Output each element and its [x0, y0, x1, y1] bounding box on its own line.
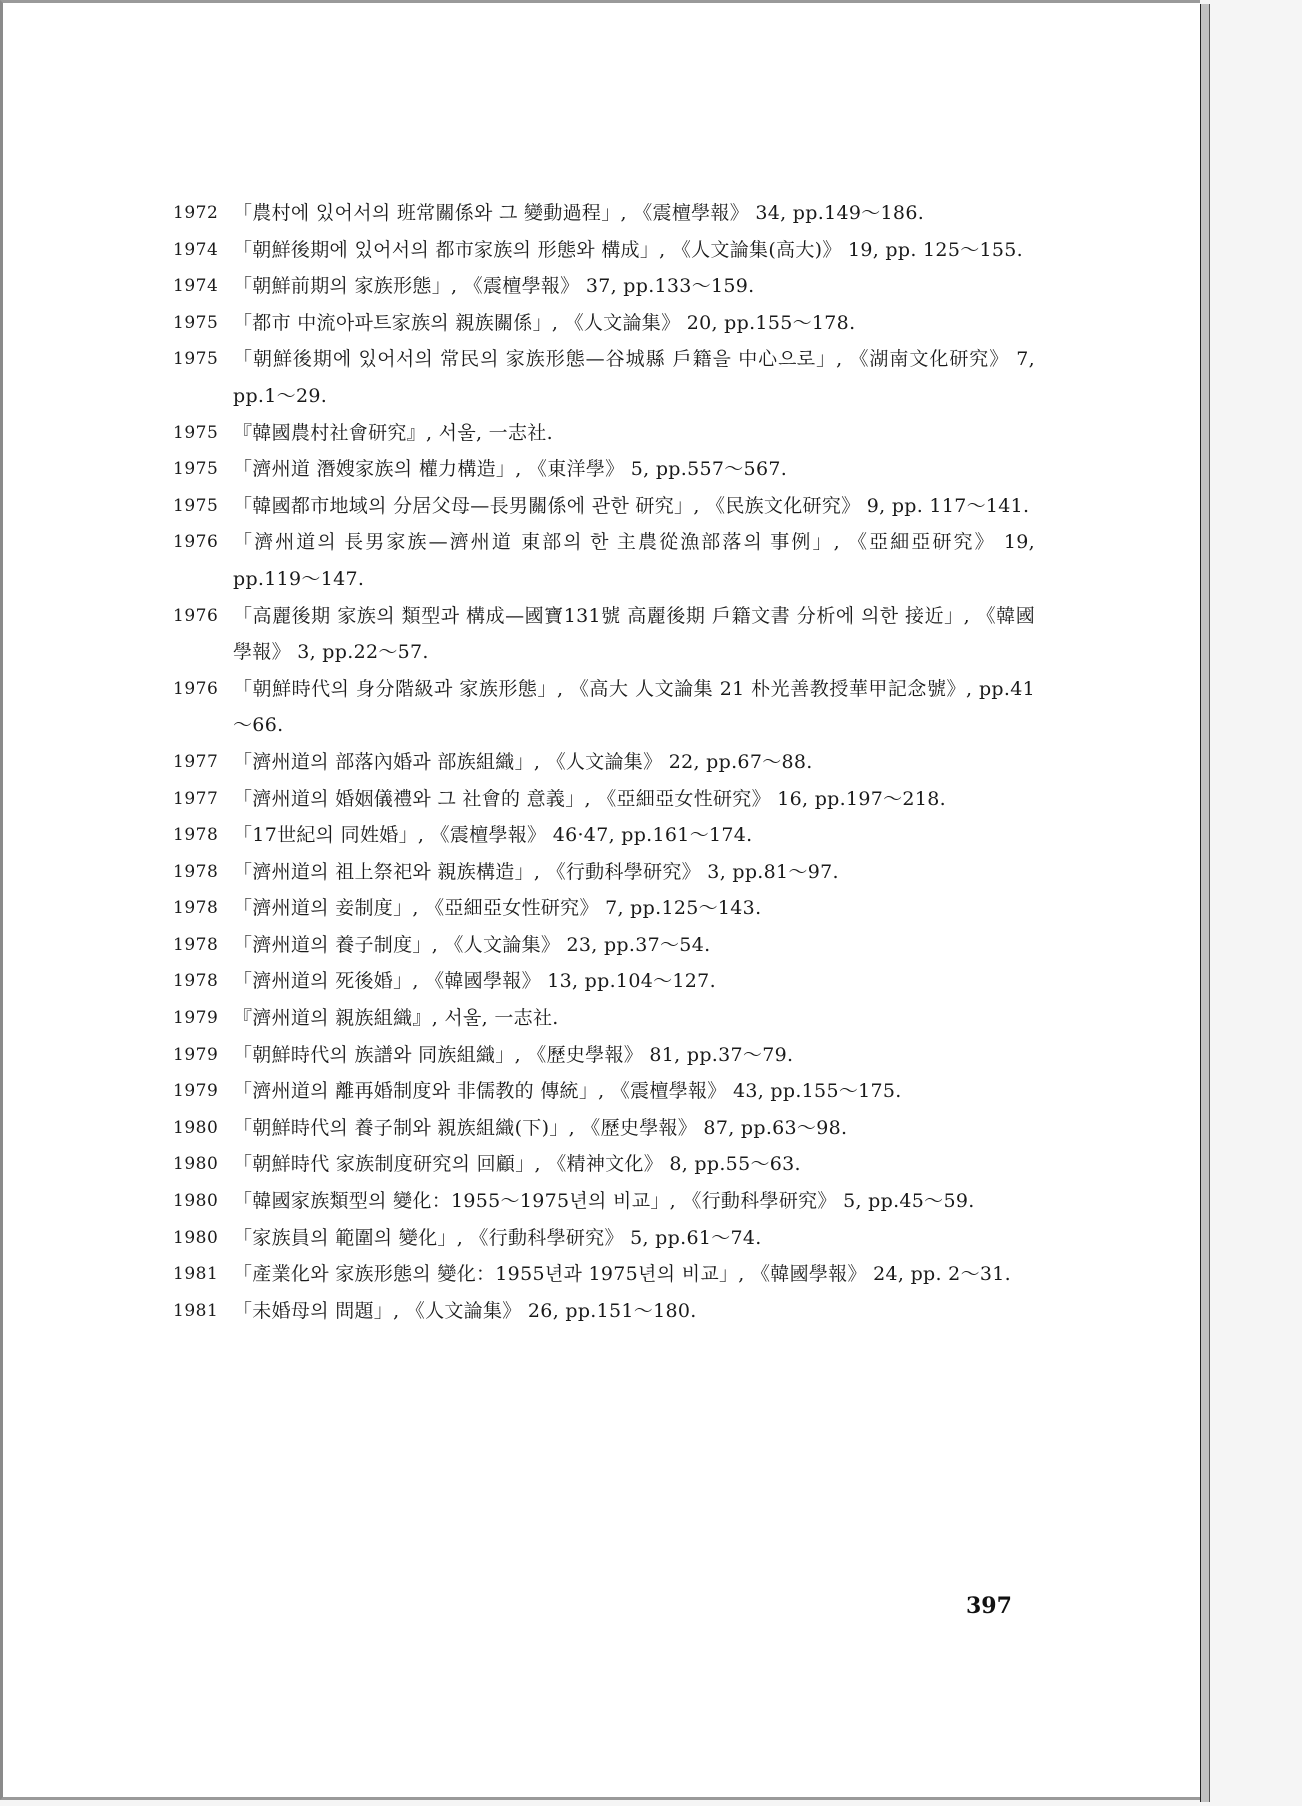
entry-year: 1978 [173, 927, 233, 964]
entry-year: 1979 [173, 1073, 233, 1110]
entry-year: 1978 [173, 963, 233, 1000]
entry-year: 1981 [173, 1293, 233, 1330]
bibliography-entry: 1978「17世紀의 同姓婚」, 《震檀學報》 46·47, pp.161～17… [173, 817, 1035, 854]
bibliography-entry: 1976「濟州道의 長男家族—濟州道 東部의 한 主農從漁部落의 事例」, 《亞… [173, 524, 1035, 597]
entry-text: 「濟州道의 部落內婚과 部族組織」, 《人文論集》 22, pp.67～88. [233, 744, 1035, 781]
entry-text: 「濟州道의 死後婚」, 《韓國學報》 13, pp.104～127. [233, 963, 1035, 1000]
bibliography-entry: 1979「朝鮮時代의 族譜와 同族組織」, 《歷史學報》 81, pp.37～7… [173, 1037, 1035, 1074]
entry-text: 「都市 中流아파트家族의 親族關係」, 《人文論集》 20, pp.155～17… [233, 305, 1035, 342]
entry-text: 「濟州道의 婚姻儀禮와 그 社會的 意義」, 《亞細亞女性研究》 16, pp.… [233, 781, 1035, 818]
bibliography-entry: 1977「濟州道의 部落內婚과 部族組織」, 《人文論集》 22, pp.67～… [173, 744, 1035, 781]
bibliography-entry: 1981「未婚母의 問題」, 《人文論集》 26, pp.151～180. [173, 1293, 1035, 1330]
entry-text: 「朝鮮時代의 族譜와 同族組織」, 《歷史學報》 81, pp.37～79. [233, 1037, 1035, 1074]
bibliography-entry: 1980「家族員의 範圍의 變化」, 《行動科學研究》 5, pp.61～74. [173, 1220, 1035, 1257]
entry-text: 「高麗後期 家族의 類型과 構成—國寶131號 高麗後期 戶籍文書 分析에 의한… [233, 598, 1035, 671]
bibliography-entry: 1976「高麗後期 家族의 類型과 構成—國寶131號 高麗後期 戶籍文書 分析… [173, 598, 1035, 671]
entry-year: 1980 [173, 1183, 233, 1220]
entry-text: 「濟州道의 長男家族—濟州道 東部의 한 主農從漁部落의 事例」, 《亞細亞研究… [233, 524, 1035, 597]
page-number: 397 [966, 1593, 1012, 1619]
entry-text: 「家族員의 範圍의 變化」, 《行動科學研究》 5, pp.61～74. [233, 1220, 1035, 1257]
entry-text: 「韓國都市地域의 分居父母—長男關係에 관한 研究」, 《民族文化研究》 9, … [233, 488, 1035, 525]
bibliography-entry: 1979『濟州道의 親族組織』, 서울, 一志社. [173, 1000, 1035, 1037]
bibliography-entry: 1975「濟州道 潛嫂家族의 權力構造」, 《東洋學》 5, pp.557～56… [173, 451, 1035, 488]
bibliography-entry: 1976「朝鮮時代의 身分階級과 家族形態」, 《高大 人文論集 21 朴光善教… [173, 671, 1035, 744]
bibliography-entry: 1974「朝鮮前期의 家族形態」, 《震檀學報》 37, pp.133～159. [173, 268, 1035, 305]
entry-text: 「韓國家族類型의 變化：1955～1975년의 비교」, 《行動科學研究》 5,… [233, 1183, 1035, 1220]
entry-year: 1979 [173, 1000, 233, 1037]
entry-year: 1974 [173, 268, 233, 305]
bibliography-entry: 1978「濟州道의 妾制度」, 《亞細亞女性研究》 7, pp.125～143. [173, 890, 1035, 927]
entry-year: 1975 [173, 451, 233, 488]
bibliography-entry: 1980「韓國家族類型의 變化：1955～1975년의 비교」, 《行動科學研究… [173, 1183, 1035, 1220]
entry-year: 1976 [173, 598, 233, 635]
entry-text: 「朝鮮時代의 養子制와 親族組織(下)」, 《歷史學報》 87, pp.63～9… [233, 1110, 1035, 1147]
bibliography-entry: 1979「濟州道의 離再婚制度와 非儒教的 傳統」, 《震檀學報》 43, pp… [173, 1073, 1035, 1110]
entry-text: 「濟州道의 祖上祭祀와 親族構造」, 《行動科學研究》 3, pp.81～97. [233, 854, 1035, 891]
entry-year: 1975 [173, 488, 233, 525]
entry-year: 1972 [173, 195, 233, 232]
entry-text: 「未婚母의 問題」, 《人文論集》 26, pp.151～180. [233, 1293, 1035, 1330]
bibliography-entry: 1978「濟州道의 養子制度」, 《人文論集》 23, pp.37～54. [173, 927, 1035, 964]
entry-year: 1975 [173, 305, 233, 342]
entry-year: 1976 [173, 524, 233, 561]
bibliography-entry: 1972「農村에 있어서의 班常關係와 그 變動過程」, 《震檀學報》 34, … [173, 195, 1035, 232]
entry-text: 「朝鮮時代의 身分階級과 家族形態」, 《高大 人文論集 21 朴光善教授華甲記… [233, 671, 1035, 744]
bibliography-entry: 1980「朝鮮時代의 養子制와 親族組織(下)」, 《歷史學報》 87, pp.… [173, 1110, 1035, 1147]
entry-year: 1980 [173, 1110, 233, 1147]
entry-year: 1981 [173, 1256, 233, 1293]
entry-year: 1975 [173, 341, 233, 378]
bibliography-entry: 1975「都市 中流아파트家族의 親族關係」, 《人文論集》 20, pp.15… [173, 305, 1035, 342]
entry-year: 1975 [173, 415, 233, 452]
entry-year: 1978 [173, 890, 233, 927]
bibliography-entry: 1975「韓國都市地域의 分居父母—長男關係에 관한 研究」, 《民族文化研究》… [173, 488, 1035, 525]
entry-text: 「農村에 있어서의 班常關係와 그 變動過程」, 《震檀學報》 34, pp.1… [233, 195, 1035, 232]
entry-year: 1977 [173, 781, 233, 818]
entry-year: 1977 [173, 744, 233, 781]
entry-text: 「濟州道 潛嫂家族의 權力構造」, 《東洋學》 5, pp.557～567. [233, 451, 1035, 488]
bibliography-list: 1972「農村에 있어서의 班常關係와 그 變動過程」, 《震檀學報》 34, … [173, 195, 1035, 1329]
entry-text: 『韓國農村社會研究』, 서울, 一志社. [233, 415, 1035, 452]
entry-year: 1980 [173, 1146, 233, 1183]
bibliography-entry: 1974「朝鮮後期에 있어서의 都市家族의 形態와 構成」, 《人文論集(高大)… [173, 232, 1035, 269]
bibliography-entry: 1978「濟州道의 死後婚」, 《韓國學報》 13, pp.104～127. [173, 963, 1035, 1000]
bibliography-entry: 1980「朝鮮時代 家族制度研究의 回顧」, 《精神文化》 8, pp.55～6… [173, 1146, 1035, 1183]
entry-text: 「濟州道의 離再婚制度와 非儒教的 傳統」, 《震檀學報》 43, pp.155… [233, 1073, 1035, 1110]
entry-text: 「朝鮮後期에 있어서의 常民의 家族形態—谷城縣 戶籍을 中心으로」, 《湖南文… [233, 341, 1035, 414]
entry-text: 「濟州道의 養子制度」, 《人文論集》 23, pp.37～54. [233, 927, 1035, 964]
bibliography-entry: 1981「產業化와 家族形態의 變化：1955년과 1975년의 비교」, 《韓… [173, 1256, 1035, 1293]
entry-year: 1979 [173, 1037, 233, 1074]
bibliography-entry: 1975「朝鮮後期에 있어서의 常民의 家族形態—谷城縣 戶籍을 中心으로」, … [173, 341, 1035, 414]
document-page: 1972「農村에 있어서의 班常關係와 그 變動過程」, 《震檀學報》 34, … [0, 0, 1200, 1800]
entry-year: 1978 [173, 854, 233, 891]
entry-year: 1974 [173, 232, 233, 269]
entry-text: 『濟州道의 親族組織』, 서울, 一志社. [233, 1000, 1035, 1037]
bibliography-entry: 1977「濟州道의 婚姻儀禮와 그 社會的 意義」, 《亞細亞女性研究》 16,… [173, 781, 1035, 818]
bibliography-entry: 1975『韓國農村社會研究』, 서울, 一志社. [173, 415, 1035, 452]
entry-year: 1978 [173, 817, 233, 854]
entry-text: 「朝鮮時代 家族制度研究의 回顧」, 《精神文化》 8, pp.55～63. [233, 1146, 1035, 1183]
bibliography-entry: 1978「濟州道의 祖上祭祀와 親族構造」, 《行動科學研究》 3, pp.81… [173, 854, 1035, 891]
entry-text: 「濟州道의 妾制度」, 《亞細亞女性研究》 7, pp.125～143. [233, 890, 1035, 927]
entry-text: 「產業化와 家族形態의 變化：1955년과 1975년의 비교」, 《韓國學報》… [233, 1256, 1035, 1293]
entry-text: 「朝鮮後期에 있어서의 都市家族의 形態와 構成」, 《人文論集(高大)》 19… [233, 232, 1035, 269]
entry-year: 1980 [173, 1220, 233, 1257]
entry-text: 「17世紀의 同姓婚」, 《震檀學報》 46·47, pp.161～174. [233, 817, 1035, 854]
entry-text: 「朝鮮前期의 家族形態」, 《震檀學報》 37, pp.133～159. [233, 268, 1035, 305]
entry-year: 1976 [173, 671, 233, 708]
page-edge [1200, 4, 1210, 1802]
